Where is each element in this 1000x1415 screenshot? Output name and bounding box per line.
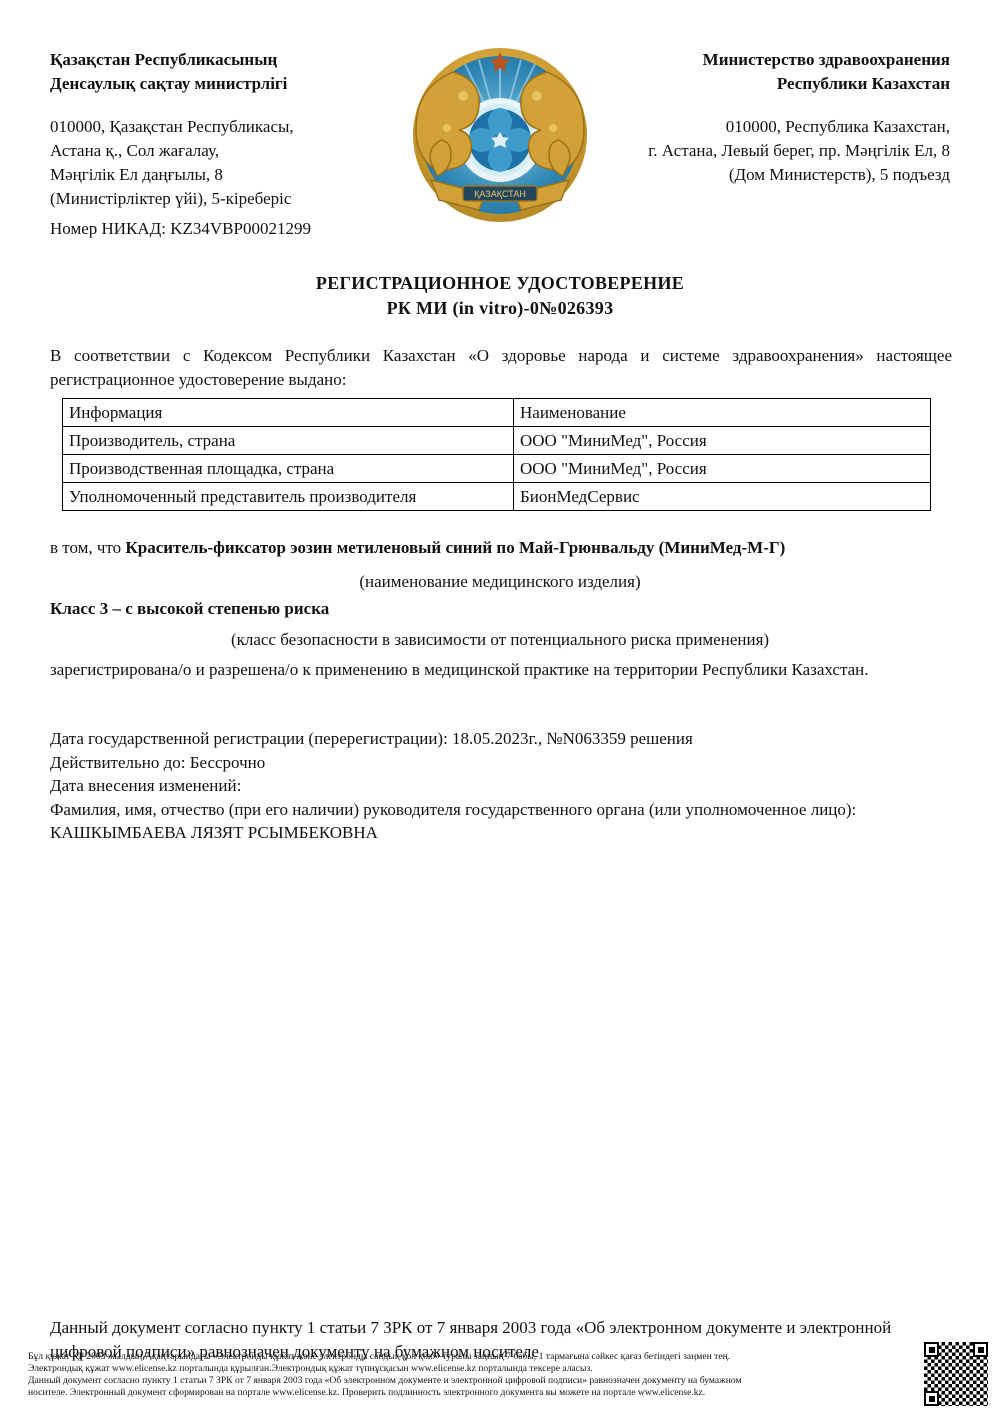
- address-kk-line4: (Министірліктер үйі), 5-кіреберіс: [50, 187, 415, 211]
- product-prefix: в том, что: [50, 538, 125, 557]
- table-row: Уполномоченный представитель производите…: [63, 483, 931, 511]
- product-name-caption: (наименование медицинского изделия): [0, 572, 1000, 592]
- table-cell-value: ООО "МиниМед", Россия: [514, 455, 931, 483]
- intro-paragraph: В соответствии с Кодексом Республики Каз…: [50, 344, 952, 392]
- address-kk-line1: 010000, Қазақстан Республикасы,: [50, 115, 415, 139]
- address-kk-line2: Астана қ., Сол жағалау,: [50, 139, 415, 163]
- registration-details: Дата государственной регистрации (перере…: [50, 727, 965, 845]
- registered-statement: зарегистрирована/о и разрешена/о к приме…: [50, 658, 952, 682]
- qr-finder-top-right: [973, 1342, 988, 1357]
- table-cell-label: Производственная площадка, страна: [63, 455, 514, 483]
- document-title-line1: РЕГИСТРАЦИОННОЕ УДОСТОВЕРЕНИЕ: [0, 271, 1000, 296]
- ministry-title-ru-line2: Республики Казахстан: [590, 72, 950, 96]
- ministry-block-kk: Қазақстан Республикасының Денсаулық сақт…: [50, 48, 415, 241]
- table-header-name: Наименование: [514, 399, 931, 427]
- registration-certificate-page: Қазақстан Республикасының Денсаулық сақт…: [0, 0, 1000, 1415]
- document-title-line2: РК МИ (in vitro)-0№026393: [0, 296, 1000, 321]
- product-name: Краситель-фиксатор эозин метиленовый син…: [125, 538, 785, 557]
- document-title: РЕГИСТРАЦИОННОЕ УДОСТОВЕРЕНИЕ РК МИ (in …: [0, 271, 1000, 321]
- qr-code: [924, 1342, 988, 1406]
- fine-print-line2: Электрондық құжат www.elicense.kz портал…: [28, 1363, 908, 1375]
- fine-print-line4: носителе. Электронный документ сформиров…: [28, 1387, 908, 1399]
- nikad-number: Номер НИКАД: KZ34VBP00021299: [50, 217, 415, 241]
- registration-info-table: Информация Наименование Производитель, с…: [62, 398, 931, 511]
- table-header-row: Информация Наименование: [63, 399, 931, 427]
- ministry-block-ru: Министерство здравоохранения Республики …: [590, 48, 950, 187]
- changes-date-line: Дата внесения изменений:: [50, 774, 965, 798]
- address-ru-line1: 010000, Республика Казахстан,: [590, 115, 950, 139]
- qr-finder-top-left: [924, 1342, 939, 1357]
- address-ru-line3: (Дом Министерств), 5 подъезд: [590, 163, 950, 187]
- table-cell-label: Производитель, страна: [63, 427, 514, 455]
- emblem-banner-text: ҚАЗАҚСТАН: [474, 189, 526, 199]
- fine-print-line1: Бұл құжат ҚР 2003 жылдың 7 қаңтарындағы …: [28, 1351, 908, 1363]
- ministry-title-kk-line2: Денсаулық сақтау министрлігі: [50, 72, 415, 96]
- ministry-title-kk-line1: Қазақстан Республикасының: [50, 48, 415, 72]
- table-row: Производитель, страна ООО "МиниМед", Рос…: [63, 427, 931, 455]
- product-name-line: в том, что Краситель-фиксатор эозин мети…: [50, 538, 960, 558]
- address-kk-line3: Мәңгілік Ел даңғылы, 8: [50, 163, 415, 187]
- registration-date-line: Дата государственной регистрации (перере…: [50, 727, 965, 751]
- table-cell-value: БионМедСервис: [514, 483, 931, 511]
- table-cell-value: ООО "МиниМед", Россия: [514, 427, 931, 455]
- table-cell-label: Уполномоченный представитель производите…: [63, 483, 514, 511]
- valid-until-line: Действительно до: Бессрочно: [50, 751, 965, 775]
- head-official-line: Фамилия, имя, отчество (при его наличии)…: [50, 798, 965, 845]
- qr-finder-bottom-left: [924, 1391, 939, 1406]
- ministry-title-ru-line1: Министерство здравоохранения: [590, 48, 950, 72]
- risk-class-caption: (класс безопасности в зависимости от пот…: [0, 630, 1000, 650]
- risk-class: Класс 3 – с высокой степенью риска: [50, 599, 960, 619]
- table-row: Производственная площадка, страна ООО "М…: [63, 455, 931, 483]
- kazakhstan-coat-of-arms-icon: ҚАЗАҚСТАН: [411, 44, 589, 228]
- fine-print-line3: Данный документ согласно пункту 1 статьи…: [28, 1375, 908, 1387]
- footer-fine-print: Бұл құжат ҚР 2003 жылдың 7 қаңтарындағы …: [28, 1351, 908, 1399]
- address-ru-line2: г. Астана, Левый берег, пр. Мәңгілік Ел,…: [590, 139, 950, 163]
- table-header-info: Информация: [63, 399, 514, 427]
